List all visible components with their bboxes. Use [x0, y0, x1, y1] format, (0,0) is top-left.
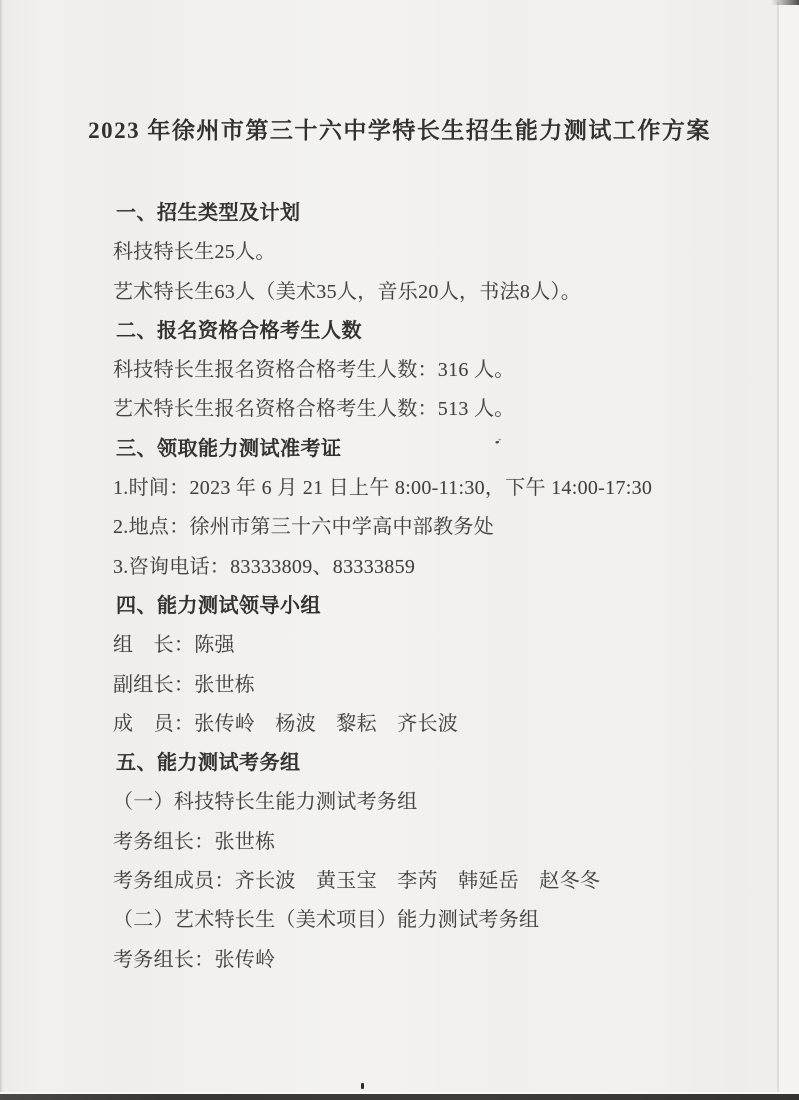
document-title: 2023 年徐州市第三十六中学特长生招生能力测试工作方案: [0, 116, 799, 146]
paragraph-line: 考务组成员：齐长波 黄玉宝 李芮 韩延岳 赵冬冬: [113, 862, 769, 901]
section-heading: 一、招生类型及计划: [113, 194, 769, 233]
paragraph-line: 科技特长生25人。: [113, 233, 769, 272]
section-heading: 四、能力测试领导小组: [113, 587, 769, 626]
paragraph-line: （一）科技特长生能力测试考务组: [113, 783, 769, 822]
paragraph-line: 成 员：张传岭 杨波 黎耘 齐长波: [113, 705, 769, 744]
paragraph-line: 考务组长：张世栋: [113, 823, 769, 862]
scan-edge-right-band: [779, 0, 799, 1094]
paragraph-line: 考务组长：张传岭: [113, 941, 769, 980]
section-heading: 三、领取能力测试准考证: [113, 430, 769, 469]
scan-edge-left: [0, 0, 4, 1100]
scan-bottom-edge: [0, 1094, 799, 1100]
paragraph-line: 2.地点：徐州市第三十六中学高中部教务处: [113, 508, 769, 547]
section-heading: 二、报名资格合格考生人数: [113, 312, 769, 351]
paragraph-line: 科技特长生报名资格合格考生人数：316 人。: [113, 351, 769, 390]
paragraph-line: 1.时间：2023 年 6 月 21 日上午 8:00-11:30，下午 14:…: [113, 469, 769, 508]
scan-bottom-speck: [361, 1083, 364, 1089]
paragraph-line: 艺术特长生63人（美术35人，音乐20人，书法8人）。: [113, 273, 769, 312]
scan-corner-smudge: [771, 0, 799, 5]
paragraph-line: 组 长：陈强: [113, 626, 769, 665]
paragraph-line: （二）艺术特长生（美术项目）能力测试考务组: [113, 901, 769, 940]
scanned-page: 2023 年徐州市第三十六中学特长生招生能力测试工作方案 一、招生类型及计划科技…: [0, 0, 799, 1100]
scan-edge-right-line: [777, 2, 779, 1094]
paragraph-line: 3.咨询电话：83333809、83333859: [113, 548, 769, 587]
paragraph-line: 艺术特长生报名资格合格考生人数：513 人。: [113, 390, 769, 429]
section-heading: 五、能力测试考务组: [113, 744, 769, 783]
document-content: 一、招生类型及计划科技特长生25人。艺术特长生63人（美术35人，音乐20人，书…: [113, 194, 769, 980]
paragraph-line: 副组长：张世栋: [113, 666, 769, 705]
